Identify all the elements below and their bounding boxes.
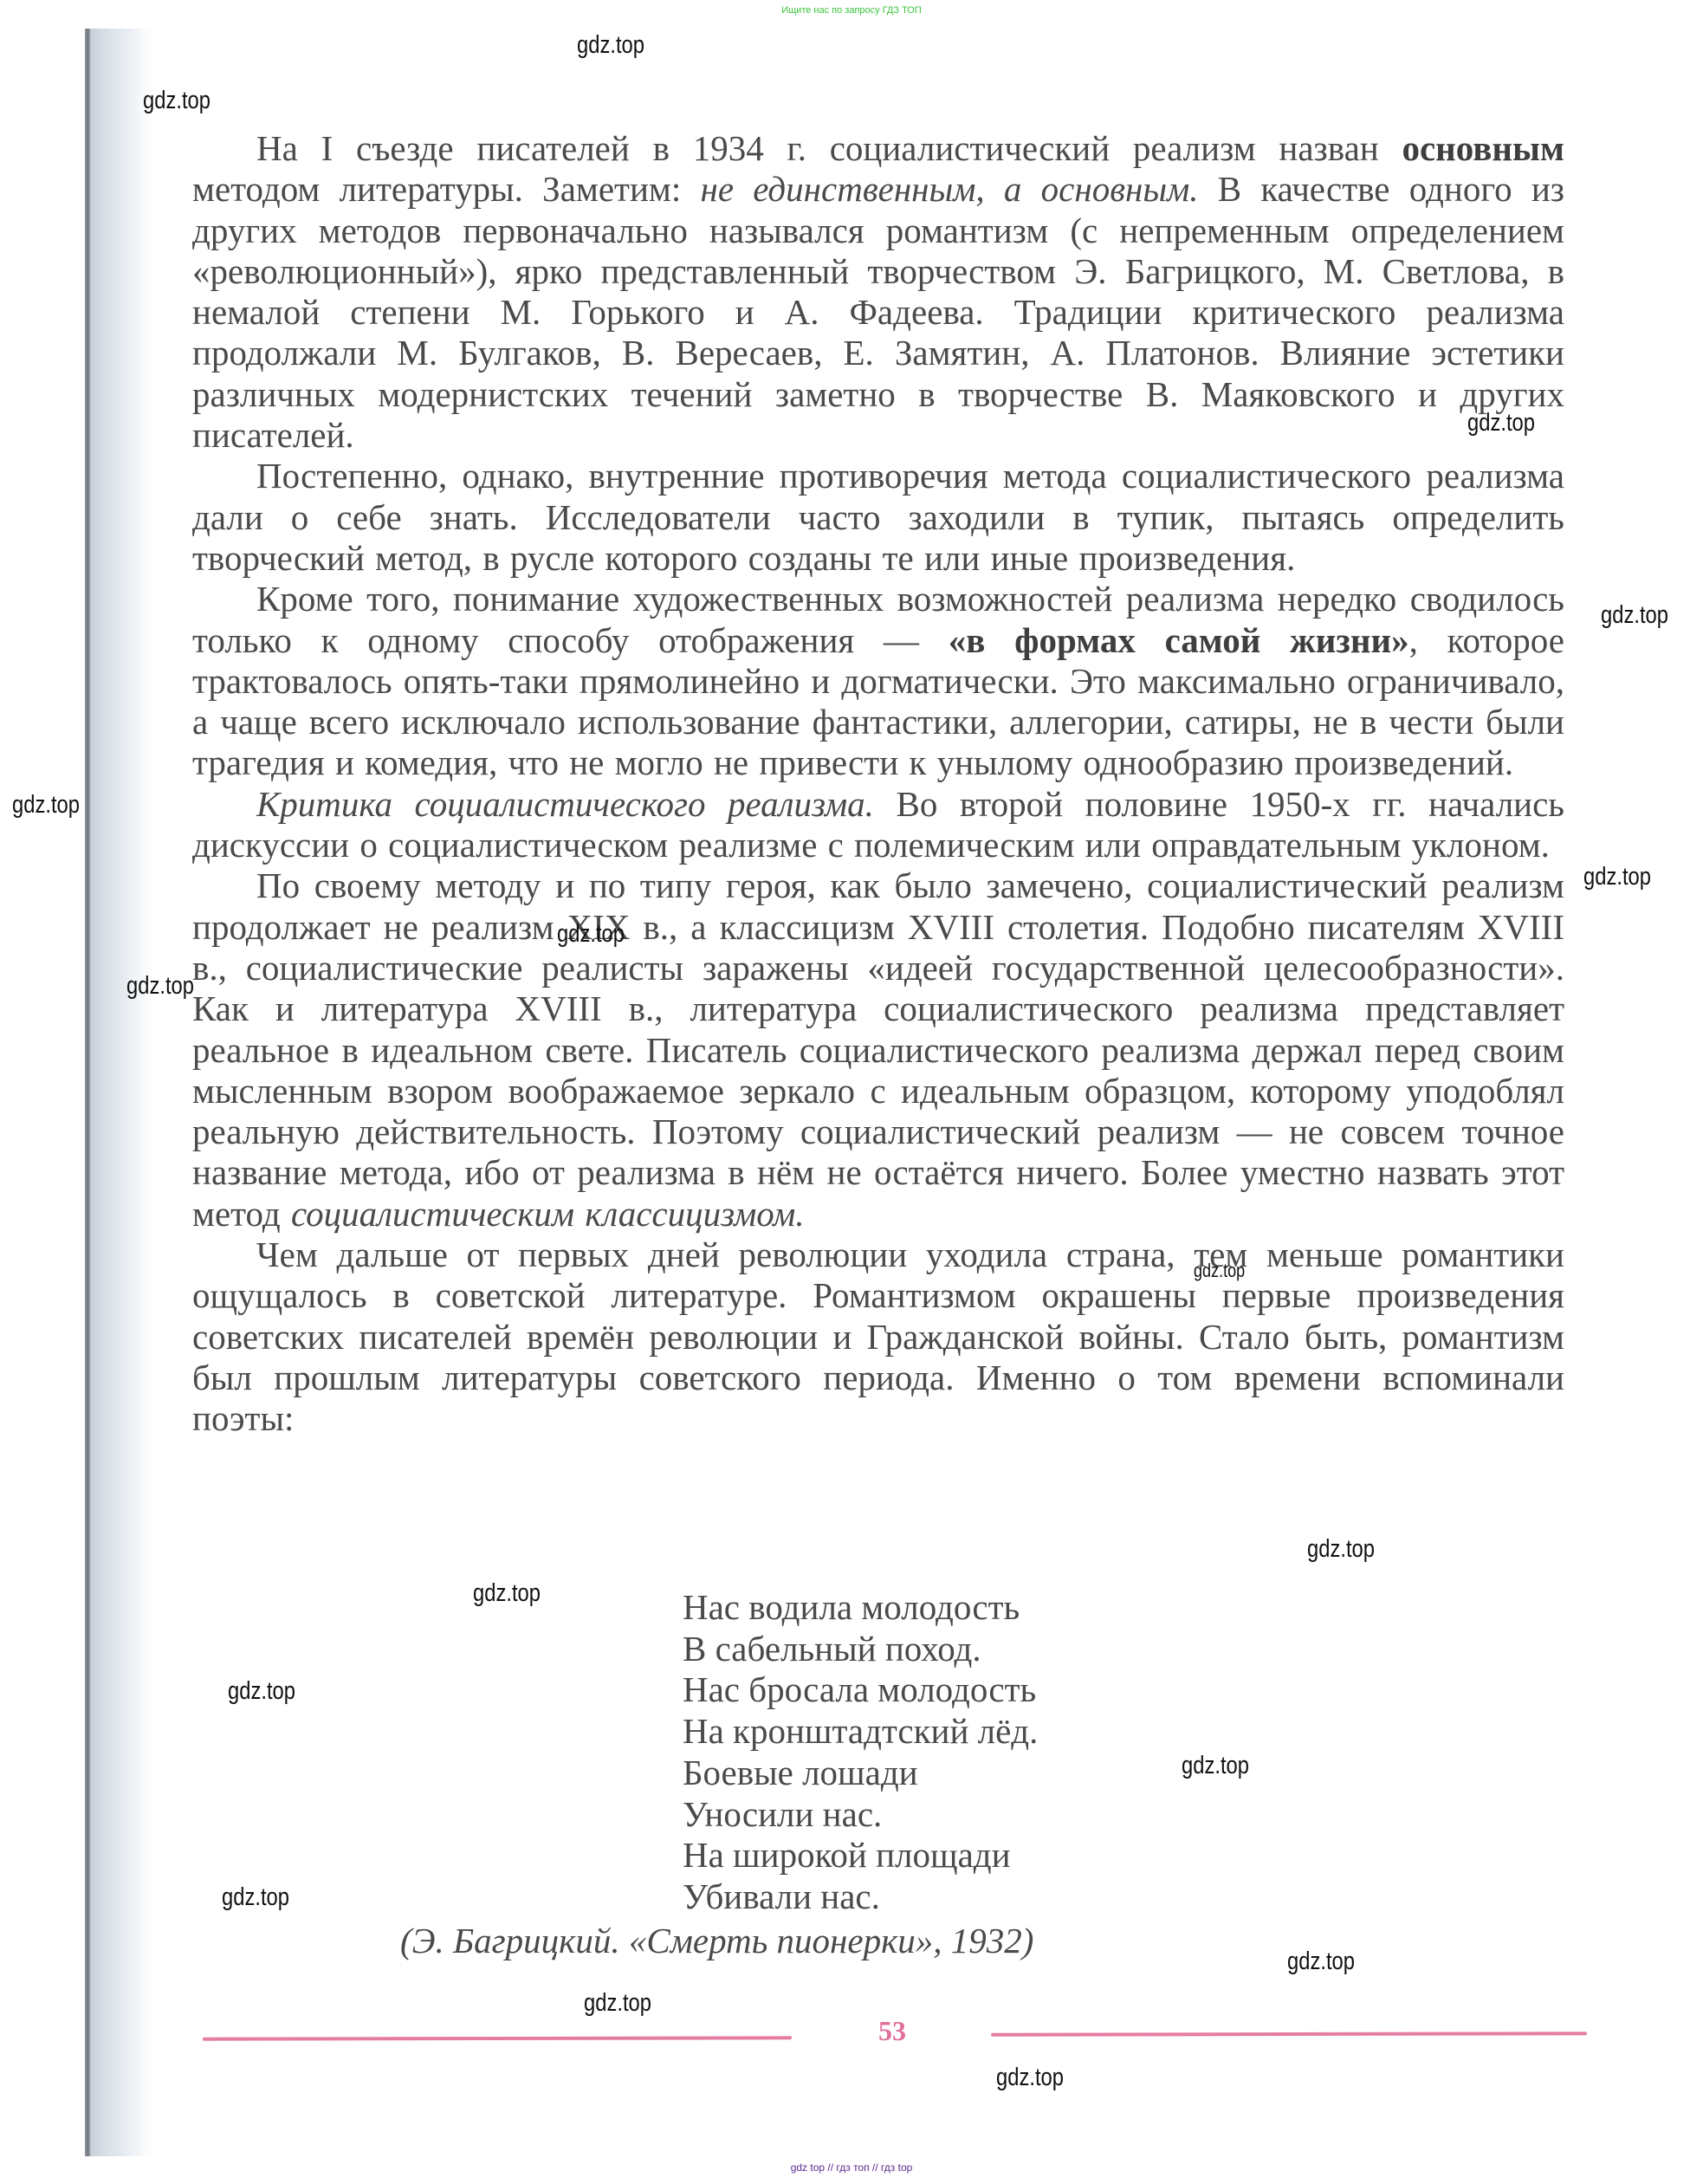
text-run: В качестве одного из других методов перв… [192,169,1564,455]
poem-quote: Нас водила молодость В сабельный поход. … [683,1587,1038,1918]
poem-source-citation: (Э. Багрицкий. «Смерть пионерки», 1932) [400,1920,1033,1961]
watermark: gdz.top [1182,1752,1249,1780]
poem-line: На широкой площади [683,1835,1038,1876]
paragraph-1: На I съезде писателей в 1934 г. социалис… [192,128,1564,456]
watermark: gdz.top [1583,863,1651,891]
watermark: gdz.top [473,1579,541,1608]
paragraph-4: Критика социалистического реализма. Во в… [192,784,1564,866]
page-number: 53 [858,2015,927,2047]
poem-line: Нас бросала молодость [683,1669,1038,1711]
page-body: На I съезде писателей в 1934 г. социалис… [192,128,1564,1440]
footer-rule-right [991,2032,1587,2036]
poem-line: Боевые лошади [683,1753,1038,1794]
watermark: gdz.top [12,791,80,820]
poem-line: Нас водила молодость [683,1587,1038,1629]
poem-line: Уносили нас. [683,1794,1038,1836]
watermark: gdz.top [996,2064,1064,2092]
watermark: gdz.top [222,1883,289,1912]
text-run: По своему методу и по типу героя, как бы… [192,865,1564,1233]
paragraph-5: По своему методу и по типу героя, как бы… [192,865,1564,1235]
text-run: Чем дальше от первых дней революции уход… [192,1235,1564,1438]
paragraph-2: Постепенно, однако, внутренние противоре… [192,456,1564,579]
footer-rule-left [203,2036,792,2040]
text-run: Постепенно, однако, внутренние противоре… [192,456,1564,578]
watermark: gdz.top [126,972,194,1001]
watermark: gdz.top [1307,1535,1375,1564]
poem-line: Убивали нас. [683,1876,1038,1918]
search-banner: Ищите нас по запросу ГДЗ ТОП [0,5,1703,16]
emphasis-bold: «в формах самой жизни» [949,620,1409,660]
emphasis-italic: социалистическим классицизмом. [291,1194,805,1234]
watermark: gdz.top [228,1677,295,1706]
watermark: gdz.top [143,87,210,115]
text-run: На I съезде писателей в 1934 г. социалис… [256,128,1402,168]
paragraph-3: Кроме того, понимание художественных воз… [192,579,1564,783]
emphasis-bold: основным [1402,128,1564,168]
poem-line: В сабельный поход. [683,1629,1038,1670]
watermark: gdz.top [577,31,644,60]
book-binding-shadow [85,29,154,2156]
paragraph-6: Чем дальше от первых дней революции уход… [192,1235,1564,1439]
text-run: методом литературы. Заметим: [192,169,700,209]
emphasis-italic: не единственным, а основным. [700,169,1198,209]
watermark: gdz.top [1194,1260,1245,1282]
watermark: gdz.top [584,1989,651,2018]
watermark: gdz.top [1467,409,1535,437]
watermark: gdz.top [557,920,625,949]
watermark: gdz.top [1601,601,1668,630]
poem-line: На кронштадтский лёд. [683,1711,1038,1753]
watermark: gdz.top [1287,1947,1355,1976]
footer-credit: gdz top // гдз топ // гдз top [0,2161,1703,2174]
emphasis-italic: Критика социалистического реализма. [256,784,874,824]
